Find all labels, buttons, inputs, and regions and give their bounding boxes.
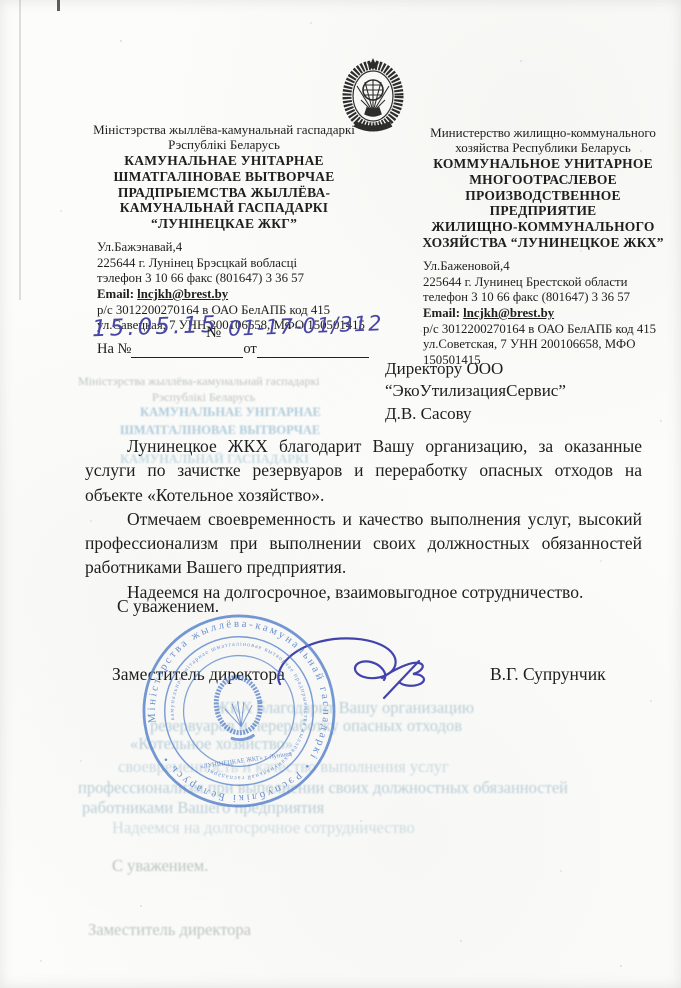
org-name-line: КАМУНАЛЬНАЙ ГАСПАДАРКІ (70, 200, 378, 216)
email-line: Email: lncjkh@brest.by (423, 306, 672, 322)
na-no-label: На № (97, 341, 131, 357)
recipient-company: “ЭкоУтилизацияСервис” (385, 380, 625, 402)
address-line: телефон 3 10 66 факс (801647) 3 36 57 (423, 290, 672, 306)
scan-edge-line (19, 0, 21, 300)
ministry-line: Министерство жилищно-коммунального (414, 125, 672, 140)
org-name-line: КОММУНАЛЬНОЕ УНИТАРНОЕ (414, 156, 672, 172)
blank-line (257, 342, 369, 358)
email-address: lncjkh@brest.by (137, 287, 228, 301)
body-paragraph-2: Отмечаем своевременность и качество выпо… (85, 507, 642, 580)
ghost-line: С уважением. (112, 856, 208, 876)
org-name-line: ХОЗЯЙСТВА “ЛУНИНЕЦКОЕ ЖКХ” (414, 235, 672, 251)
org-name-line: ПРАДПРЫЕМСТВА ЖЫЛЛЁВА- (70, 185, 378, 201)
address-line: 225644 г. Лунінец Брэсцкай вобласці (97, 256, 378, 272)
handwritten-date: 15.05.15 (92, 312, 219, 342)
letterhead-left: Міністэрства жыллёва-камунальнай гаспада… (70, 122, 378, 334)
org-name-line: ПРОИЗВОДСТВЕННОЕ ПРЕДПРИЯТИЕ (414, 188, 672, 220)
body-paragraph-1: Лунинецкое ЖКХ благодарит Вашу организац… (85, 434, 642, 507)
signer-name: В.Г. Супрунчик (490, 664, 606, 685)
scan-corner-mark (57, 0, 60, 11)
org-name-line: “ЛУНІНЕЦКАЕ ЖКГ” (70, 216, 378, 232)
org-name-line: КАМУНАЛЬНАЕ УНІТАРНАЕ (70, 153, 378, 169)
closing-line: С уважением. (85, 596, 219, 617)
address-line: Ул.Бажэнавай,4 (97, 240, 378, 256)
address-line: р/с 3012200270164 в ОАО БелАПБ код 415 (423, 322, 672, 338)
org-name-line: ЖИЛИЩНО-КОММУНАЛЬНОГО (414, 219, 672, 235)
address-line: ул.Советская, 7 УНН 200106658, МФО (423, 337, 672, 353)
address-line: Ул.Баженовой,4 (423, 259, 672, 275)
org-name-line: МНОГООТРАСЛЕВОЕ (414, 172, 672, 188)
ghost-line: Рэспублікі Беларусь (152, 390, 255, 405)
address-block-right: Ул.Баженовой,4 225644 г. Лунинец Брестск… (414, 259, 672, 368)
ghost-line: Заместитель директора (88, 920, 251, 940)
recipient-block: Директору ООО “ЭкоУтилизацияСервис” Д.В.… (385, 358, 625, 425)
country-line: хозяйства Республики Беларусь (414, 140, 672, 155)
ghost-line: Міністэрства жыллёва-камунальнай гаспада… (78, 374, 320, 389)
scan-noise-speckles (0, 0, 2, 2)
scanned-letter-page: Міністэрства жыллёва-камунальнай гаспада… (0, 0, 681, 988)
address-line: тэлефон 3 10 66 факс (801647) 3 36 57 (97, 271, 378, 287)
email-line: Email: lncjkh@brest.by (97, 287, 378, 303)
recipient-title: Директору ООО (385, 358, 625, 380)
letterhead-right: Министерство жилищно-коммунального хозяй… (414, 125, 672, 368)
round-stamp: Міністэрства жыллёва-камунальнай гаспада… (127, 599, 351, 823)
email-address: lncjkh@brest.by (463, 306, 554, 320)
email-label: Email: (97, 287, 137, 301)
letter-body: Лунинецкое ЖКХ благодарит Вашу организац… (85, 434, 642, 604)
address-line: 225644 г. Лунинец Брестской области (423, 275, 672, 291)
org-name-line: ШМАТГАЛІНОВАЕ ВЫТВОРЧАЕ (70, 169, 378, 185)
incoming-ref-line: На №от (97, 341, 369, 358)
email-label: Email: (423, 306, 463, 320)
ot-label: от (243, 341, 256, 357)
ministry-line: Міністэрства жыллёва-камунальнай гаспада… (70, 122, 378, 137)
handwritten-ref-number: 01-17-01/312 (228, 311, 383, 340)
ghost-line: КАМУНАЛЬНАЕ УНІТАРНАЕ (140, 405, 321, 420)
number-sign: № (206, 324, 221, 342)
blank-line (131, 342, 243, 358)
recipient-person: Д.В. Сасову (385, 403, 625, 425)
country-line: Рэспублікі Беларусь (70, 137, 378, 152)
